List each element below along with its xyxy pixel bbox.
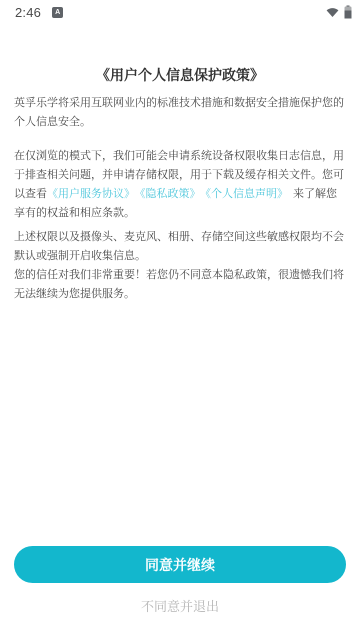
status-bar: 2:46 A	[0, 0, 360, 24]
agree-and-continue-button[interactable]: 同意并继续	[14, 546, 346, 583]
trust-note-paragraph: 您的信任对我们非常重要！若您仍不同意本隐私政策，很遗憾我们将无法继续为您提供服务…	[14, 266, 346, 304]
sensitive-permissions-paragraph: 上述权限以及摄像头、麦克风、相册、存储空间这些敏感权限均不会默认或强制开启收集信…	[14, 228, 346, 266]
privacy-policy-link[interactable]: 《隐私政策》	[140, 188, 201, 200]
notification-app-icon: A	[52, 7, 63, 18]
policy-content: 《用户个人信息保护政策》 英孚乐学将采用互联网业内的标准技术措施和数据安全措施保…	[0, 24, 360, 304]
status-time: 2:46	[15, 5, 41, 20]
status-bar-right	[326, 5, 352, 19]
policy-permissions-paragraph: 在仅浏览的模式下，我们可能会申请系统设备权限收集日志信息，用于排查相关问题，并申…	[14, 147, 346, 223]
battery-icon	[344, 5, 352, 19]
page-title: 《用户个人信息保护政策》	[14, 65, 346, 85]
user-service-agreement-link[interactable]: 《用户服务协议》	[47, 188, 135, 200]
personal-info-statement-link[interactable]: 《个人信息声明》	[206, 188, 289, 200]
privacy-consent-screen: 2:46 A 《用户个人信息保护政策》 英孚乐学将采用互联网业内的标准技术措施和…	[0, 0, 360, 640]
policy-intro-paragraph: 英孚乐学将采用互联网业内的标准技术措施和数据安全措施保护您的个人信息安全。	[14, 94, 346, 132]
disagree-and-exit-link[interactable]: 不同意并退出	[0, 599, 360, 614]
wifi-icon	[326, 6, 339, 18]
